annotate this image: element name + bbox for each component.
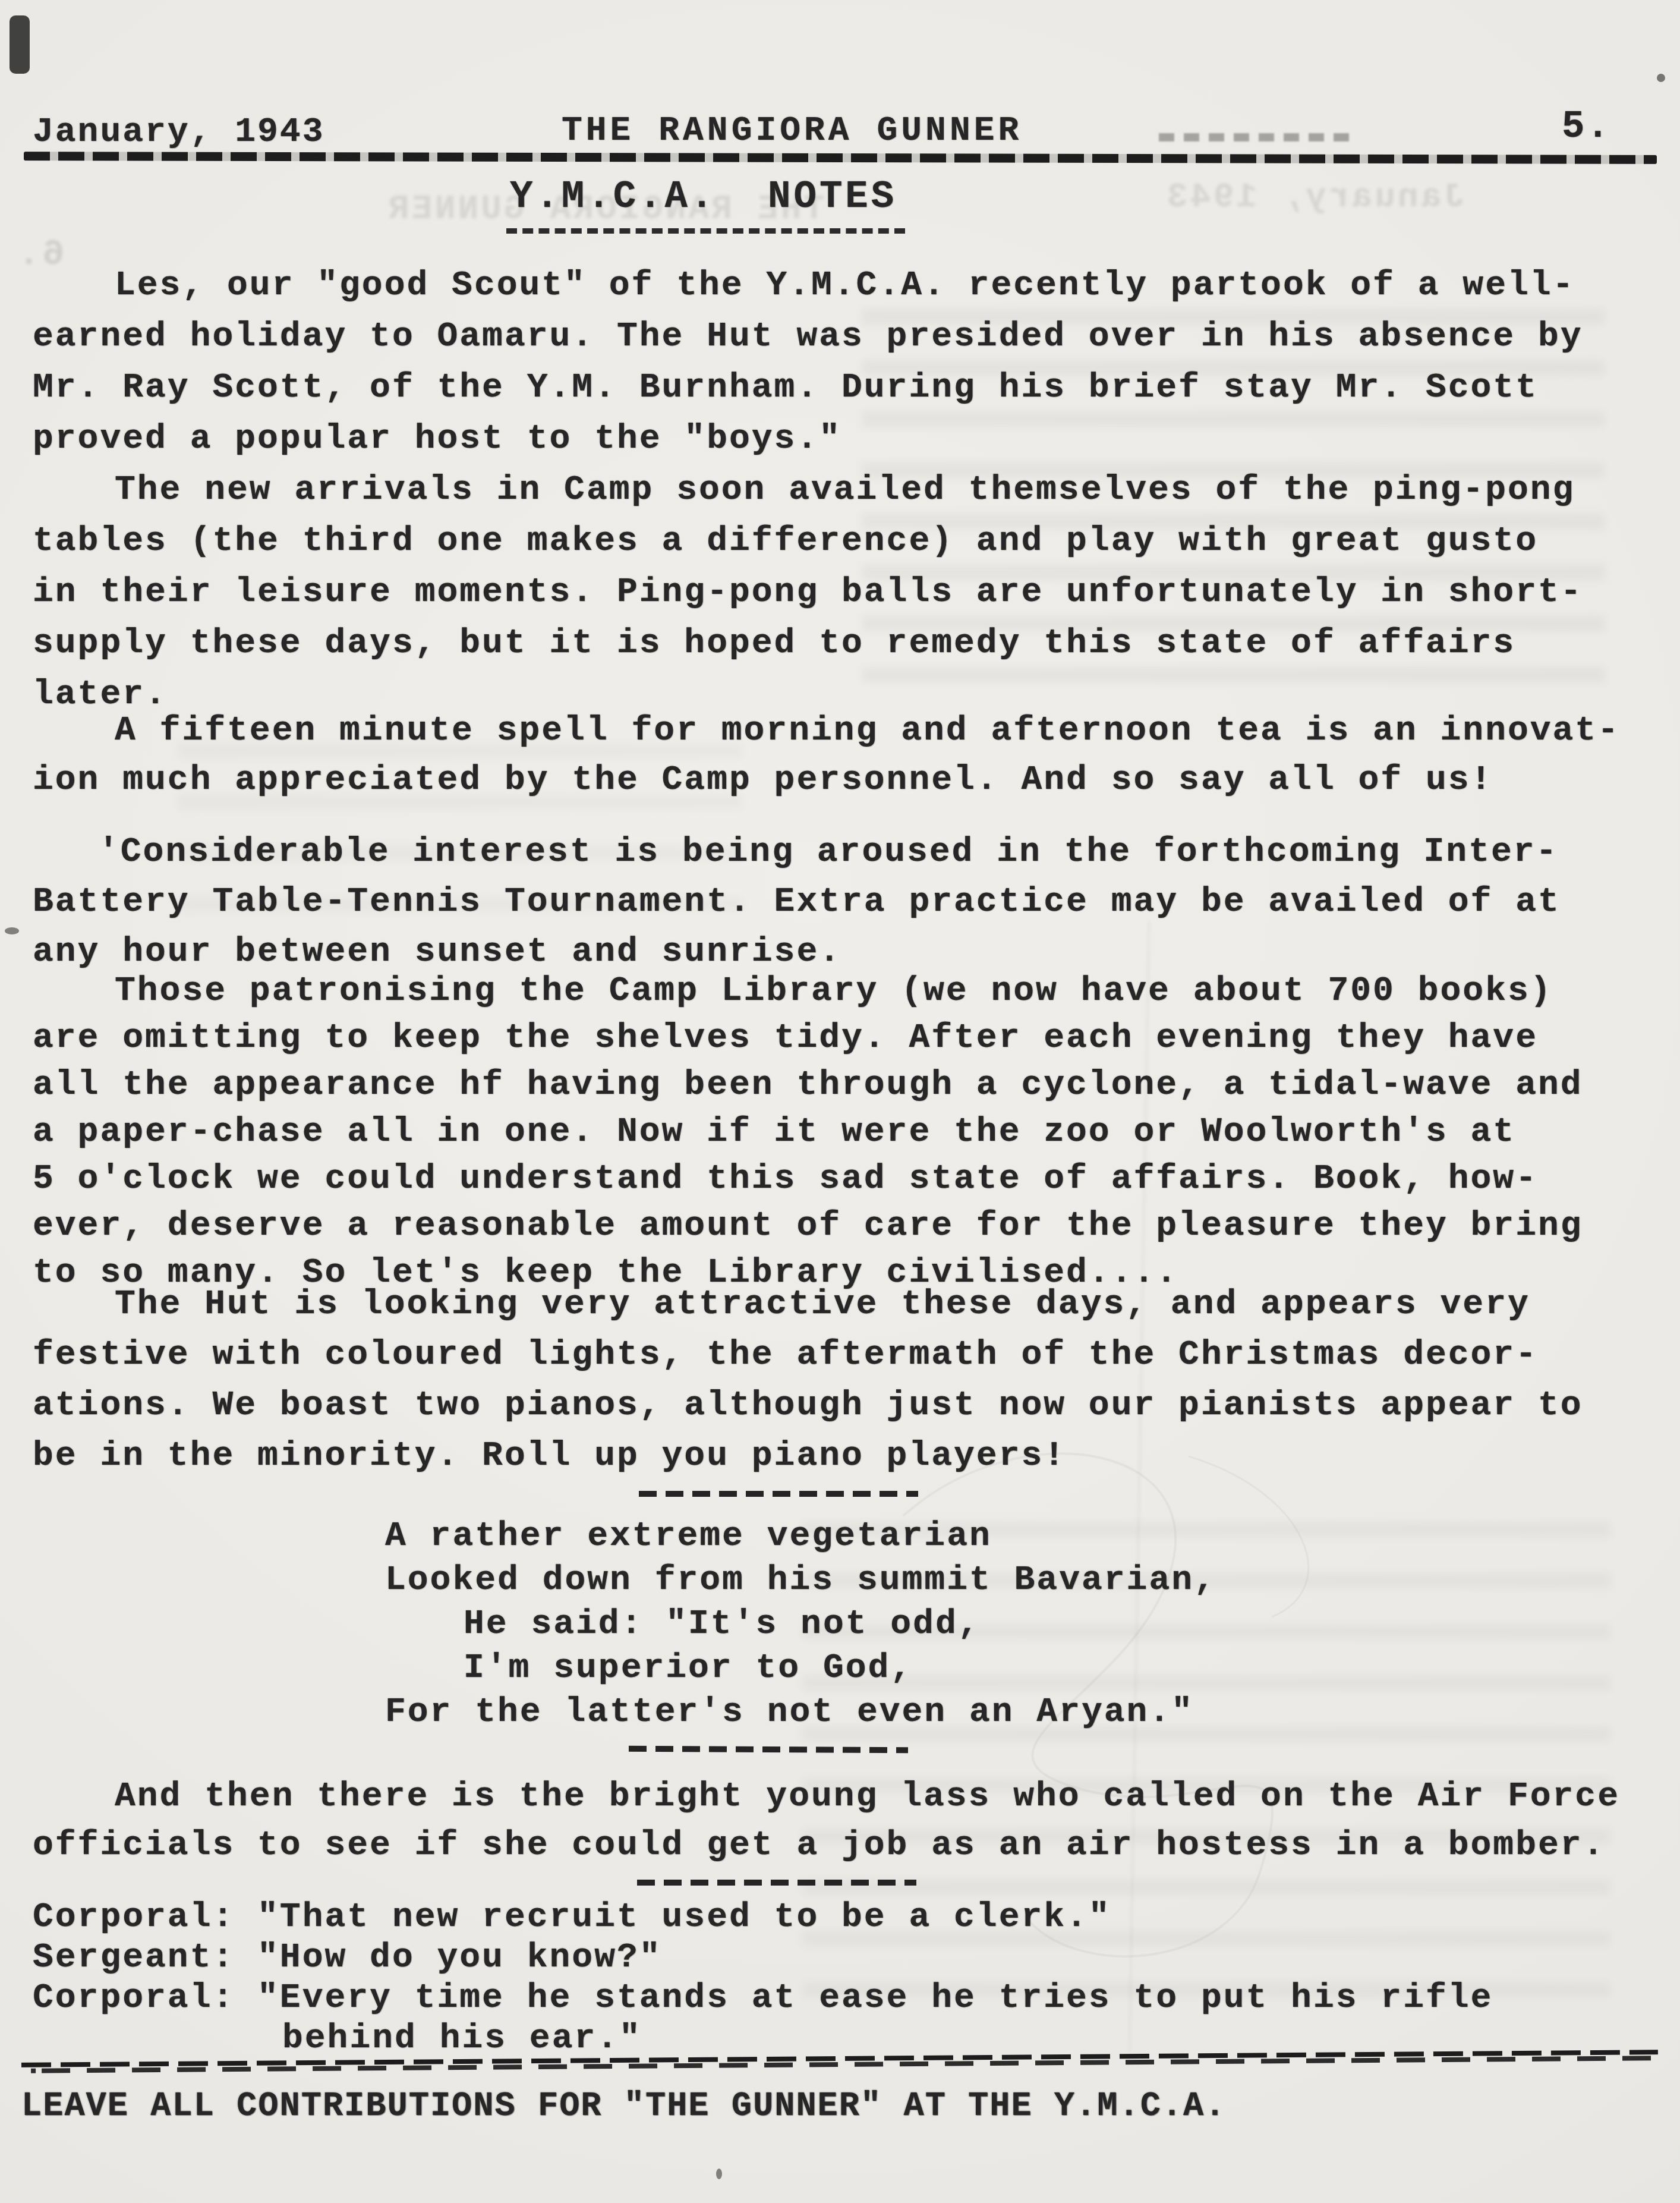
- joke-dialogue: Corporal: "That new recruit used to be a…: [33, 1897, 1493, 2059]
- text-line: earned holiday to Oamaru. The Hut was pr…: [33, 311, 1583, 363]
- dashed-separator: [629, 1746, 908, 1753]
- text-line: Battery Table-Tennis Tournament. Extra p…: [33, 877, 1561, 927]
- text-line: tables (the third one makes a difference…: [33, 516, 1583, 567]
- text-line: in their leisure moments. Ping-pong ball…: [33, 567, 1583, 618]
- ink-smudge: [1159, 133, 1355, 141]
- paragraph-tea-spell: A fifteen minute spell for morning and a…: [33, 706, 1620, 805]
- text-line: officials to see if she could get a job …: [33, 1821, 1620, 1870]
- text-line: supply these days, but it is hoped to re…: [33, 618, 1583, 669]
- text-line: ever, deserve a reasonable amount of car…: [33, 1203, 1583, 1250]
- paragraph-ping-pong: The new arrivals in Camp soon availed th…: [33, 465, 1583, 720]
- poem-line: For the latter's not even an Aryan.": [385, 1691, 1216, 1735]
- text-line: a paper-chase all in one. Now if it were…: [33, 1109, 1583, 1156]
- header-masthead: THE RANGIORA GUNNER: [562, 112, 1022, 150]
- poem-line: Looked down from his summit Bavarian,: [385, 1559, 1216, 1603]
- header-page-number: 5.: [1562, 106, 1611, 149]
- text-line: The Hut is looking very attractive these…: [33, 1279, 1583, 1330]
- text-line: A fifteen minute spell for morning and a…: [33, 706, 1620, 756]
- dialogue-line: Corporal: "Every time he stands at ease …: [33, 1978, 1493, 2019]
- section-title: Y.M.C.A. NOTES: [506, 176, 905, 234]
- bleedthrough-date: January, 1943: [1165, 178, 1464, 217]
- text-line: ion much appreciated by the Camp personn…: [33, 756, 1620, 805]
- text-line: Les, our "good Scout" of the Y.M.C.A. re…: [33, 260, 1583, 311]
- text-line: festive with coloured lights, the afterm…: [33, 1330, 1583, 1380]
- paragraph-table-tennis: 'Considerable interest is being aroused …: [33, 827, 1561, 977]
- scan-artifact: [5, 927, 19, 934]
- text-line: 'Considerable interest is being aroused …: [33, 827, 1561, 877]
- paragraph-les-holiday: Les, our "good Scout" of the Y.M.C.A. re…: [33, 260, 1583, 465]
- header-rule: [24, 152, 1657, 164]
- dashed-separator: [639, 1491, 918, 1497]
- poem-line: A rather extreme vegetarian: [385, 1515, 1216, 1559]
- newsletter-page-scan: THE RANGIORA GUNNER January, 1943 6. Jan…: [0, 0, 1680, 2203]
- text-line: be in the minority. Roll up you piano pl…: [33, 1431, 1583, 1481]
- dialogue-line: Sergeant: "How do you know?": [33, 1938, 1493, 1978]
- dashed-separator: [637, 1880, 916, 1886]
- text-line: Mr. Ray Scott, of the Y.M. Burnham. Duri…: [33, 363, 1583, 414]
- text-line: ations. We boast two pianos, although ju…: [33, 1380, 1583, 1431]
- footer-notice: LEAVE ALL CONTRIBUTIONS FOR "THE GUNNER"…: [21, 2088, 1227, 2126]
- text-line: The new arrivals in Camp soon availed th…: [33, 465, 1583, 516]
- scan-artifact: [1657, 74, 1665, 82]
- header-date: January, 1943: [33, 113, 324, 152]
- text-line: all the appearance hf having been throug…: [33, 1062, 1583, 1109]
- limerick-vegetarian: A rather extreme vegetarian Looked down …: [385, 1515, 1216, 1735]
- poem-line: I'm superior to God,: [464, 1647, 1216, 1691]
- paragraph-air-hostess: And then there is the bright young lass …: [33, 1773, 1620, 1870]
- text-line: 5 o'clock we could understand this sad s…: [33, 1156, 1583, 1203]
- paragraph-hut-festive: The Hut is looking very attractive these…: [33, 1279, 1583, 1481]
- text-line: proved a popular host to the "boys.": [33, 414, 1583, 465]
- text-line: are omitting to keep the shelves tidy. A…: [33, 1015, 1583, 1062]
- scan-artifact: [10, 15, 30, 74]
- text-line: Those patronising the Camp Library (we n…: [33, 968, 1583, 1015]
- text-line: And then there is the bright young lass …: [33, 1773, 1620, 1821]
- paragraph-camp-library: Those patronising the Camp Library (we n…: [33, 968, 1583, 1296]
- poem-line: He said: "It's not odd,: [464, 1603, 1216, 1647]
- scan-artifact: [716, 2169, 722, 2179]
- dialogue-line: Corporal: "That new recruit used to be a…: [33, 1897, 1493, 1938]
